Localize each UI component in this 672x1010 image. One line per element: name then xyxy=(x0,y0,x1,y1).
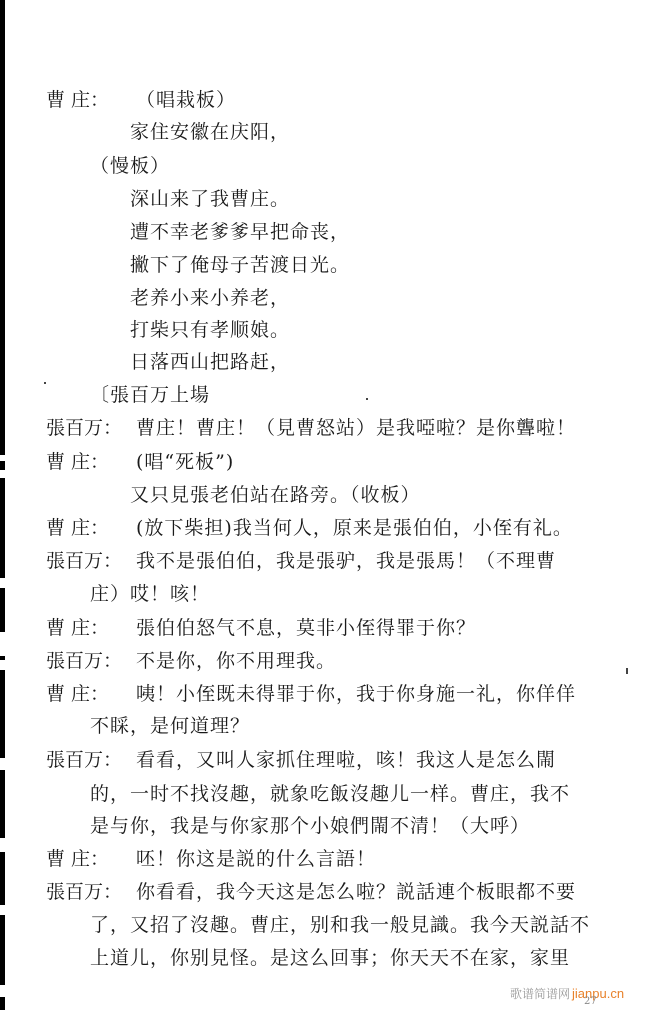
speech-text: (放下柴担)我当何人，原来是張伯伯，小侄有礼。 xyxy=(136,517,573,539)
continuation-line: 不睬，是何道理？ xyxy=(90,714,250,738)
speech-line: 張百万：看看，又叫人家抓住理啦，咳！我这人是怎么閙 xyxy=(46,748,556,772)
continuation-line: 的，一时不找沒趣，就象吃飯沒趣儿一样。曹庄，我不 xyxy=(90,782,570,806)
speech-text: 咦！小侄既未得罪于你，我于你身施一礼，你佯佯 xyxy=(136,683,576,705)
lyric-line: 撇下了俺母子苦渡日光。 xyxy=(130,253,350,277)
speech-text: 不是你，你不用理我。 xyxy=(136,650,336,672)
speech-text: 曹庄！曹庄！（見曹怒站）是我啞啦？是你聾啦！ xyxy=(136,417,576,439)
speaker-label: 張百万： xyxy=(46,649,136,673)
continuation-line: 上道儿，你别見怪。是这么回事；你天天不在家，家里 xyxy=(90,946,570,970)
lyric-line: 遭不幸老爹爹早把命丧， xyxy=(130,220,350,244)
continuation-line: 了，又招了沒趣。曹庄，别和我一般見識。我今天説話不 xyxy=(90,913,590,937)
lyric-line: 家住安徽在庆阳， xyxy=(130,120,290,144)
lyric-line: 深山来了我曹庄。 xyxy=(130,187,290,211)
tempo-direction: （慢板） xyxy=(90,154,170,178)
speaker-label: 曹 庄： xyxy=(46,450,136,474)
scan-speck xyxy=(366,398,368,400)
speech-text: 看看，又叫人家抓住理啦，咳！我这人是怎么閙 xyxy=(136,749,556,771)
speech-line: 曹 庄：（唱栽板） xyxy=(46,88,236,112)
speech-line: 張百万：曹庄！曹庄！（見曹怒站）是我啞啦？是你聾啦！ xyxy=(46,416,576,440)
stage-direction: 〔張百万上場 xyxy=(90,383,210,407)
scan-speck xyxy=(44,382,46,384)
speech-line: 張百万：不是你，你不用理我。 xyxy=(46,649,336,673)
speech-line: 曹 庄：(唱“死板”) xyxy=(46,450,234,474)
speech-line: 曹 庄：呸！你这是説的什么言語！ xyxy=(46,847,376,871)
lyric-line: 又只見張老伯站在路旁。（收板） xyxy=(130,483,421,507)
speech-text: 張伯伯怒气不息，莫非小侄得罪于你？ xyxy=(136,617,476,639)
script-page: 曹 庄：（唱栽板） 家住安徽在庆阳， （慢板） 深山来了我曹庄。 遭不幸老爹爹早… xyxy=(0,0,672,1010)
speaker-label: 曹 庄： xyxy=(46,682,136,706)
speaker-label: 曹 庄： xyxy=(46,616,136,640)
watermark-site-name: 歌谱简谱网 xyxy=(510,987,570,1001)
speech-line: 張百万：我不是張伯伯，我是張驴，我是張馬！（不理曹 xyxy=(46,549,556,573)
speaker-label: 曹 庄： xyxy=(46,88,136,112)
speech-line: 曹 庄：咦！小侄既未得罪于你，我于你身施一礼，你佯佯 xyxy=(46,682,576,706)
watermark-domain: jianpu.cn xyxy=(572,986,624,1001)
speech-text: (唱“死板”) xyxy=(136,451,234,473)
watermark: 歌谱简谱网jianpu.cn xyxy=(510,985,624,1002)
speaker-label: 張百万： xyxy=(46,748,136,772)
speech-line: 曹 庄：張伯伯怒气不息，莫非小侄得罪于你？ xyxy=(46,616,476,640)
speaker-label: 曹 庄： xyxy=(46,516,136,540)
speech-line: 曹 庄：(放下柴担)我当何人，原来是張伯伯，小侄有礼。 xyxy=(46,516,573,540)
continuation-line: 是与你，我是与你家那个小娘們閙不清！（大呼） xyxy=(90,814,530,838)
page-number: 27 xyxy=(584,996,597,1007)
speech-text: （唱栽板） xyxy=(136,89,236,111)
speech-line: 張百万：你看看，我今天这是怎么啦？説話連个板眼都不要 xyxy=(46,880,576,904)
speech-text: 我不是張伯伯，我是張驴，我是張馬！（不理曹 xyxy=(136,550,556,572)
speaker-label: 張百万： xyxy=(46,416,136,440)
speaker-label: 張百万： xyxy=(46,549,136,573)
lyric-line: 老养小来小养老， xyxy=(130,286,290,310)
scan-speck xyxy=(626,668,628,674)
speaker-label: 曹 庄： xyxy=(46,847,136,871)
speech-text: 你看看，我今天这是怎么啦？説話連个板眼都不要 xyxy=(136,881,576,903)
continuation-line: 庄）哎！咳！ xyxy=(90,582,210,606)
speaker-label: 張百万： xyxy=(46,880,136,904)
lyric-line: 打柴只有孝顺娘。 xyxy=(130,318,290,342)
lyric-line: 日落西山把路赶， xyxy=(130,350,290,374)
speech-text: 呸！你这是説的什么言語！ xyxy=(136,848,376,870)
